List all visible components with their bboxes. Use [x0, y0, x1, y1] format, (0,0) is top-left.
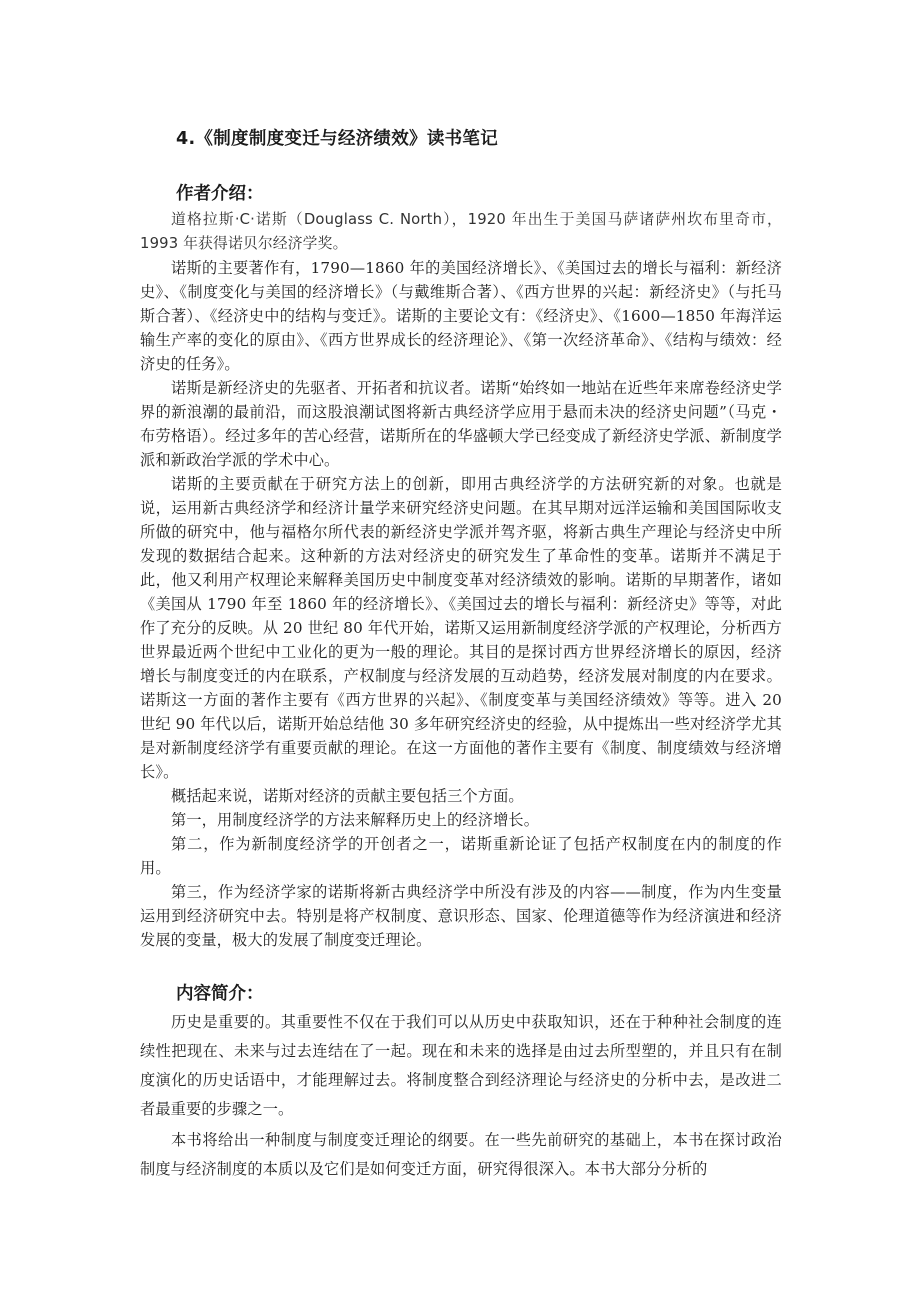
section-author-intro: 作者介绍： 道格拉斯·C·诺斯（Douglass C. North），1920 …	[140, 180, 782, 952]
paragraph: 第二，作为新制度经济学的开创者之一，诺斯重新论证了包括产权制度在内的制度的作用。	[140, 832, 782, 880]
paragraph: 历史是重要的。其重要性不仅在于我们可以从历史中获取知识，还在于种种社会制度的连续…	[140, 1008, 782, 1124]
section-heading-summary: 内容简介：	[140, 980, 782, 1008]
document-title: 4.《制度制度变迁与经济绩效》读书笔记	[176, 125, 498, 150]
paragraph: 第一，用制度经济学的方法来解释历史上的经济增长。	[140, 808, 782, 832]
paragraph: 诺斯的主要著作有，1790—1860 年的美国经济增长》、《美国过去的增长与福利…	[140, 256, 782, 376]
paragraph: 本书将给出一种制度与制度变迁理论的纲要。在一些先前研究的基础上，本书在探讨政治制…	[140, 1126, 782, 1184]
paragraph: 诺斯是新经济史的先驱者、开拓者和抗议者。诺斯“始终如一地站在近些年来席卷经济史学…	[140, 376, 782, 472]
paragraph: 诺斯的主要贡献在于研究方法上的创新，即用古典经济学的方法研究新的对象。也就是说，…	[140, 472, 782, 784]
section-heading-author: 作者介绍：	[140, 180, 782, 208]
paragraph: 概括起来说，诺斯对经济的贡献主要包括三个方面。	[140, 784, 782, 808]
paragraph: 第三，作为经济学家的诺斯将新古典经济学中所没有涉及的内容——制度，作为内生变量运…	[140, 880, 782, 952]
paragraph: 道格拉斯·C·诺斯（Douglass C. North），1920 年出生于美国…	[140, 208, 782, 256]
section-content-summary: 内容简介： 历史是重要的。其重要性不仅在于我们可以从历史中获取知识，还在于种种社…	[140, 980, 782, 1184]
